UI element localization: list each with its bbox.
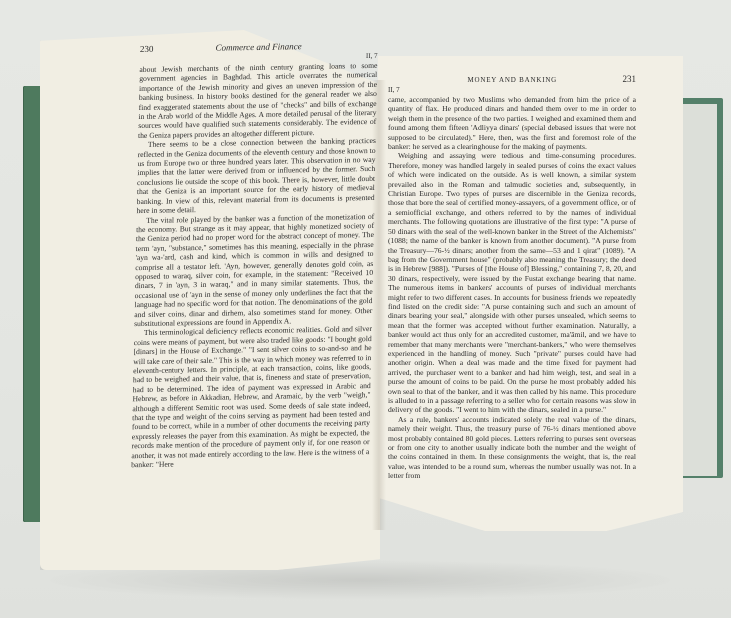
section-mark: II, 7: [388, 86, 636, 94]
left-page: 230 Commerce and Finance II, 7 about Jew…: [131, 40, 378, 470]
running-head-title: Money and Banking: [467, 76, 557, 84]
photo-scene: 230 Commerce and Finance II, 7 about Jew…: [0, 0, 731, 618]
right-running-head: Money and Banking 231: [388, 74, 636, 84]
book-cover-right-inner: [683, 104, 717, 476]
paragraph: This terminological deficiency reflects …: [131, 324, 372, 469]
page-number: 230: [140, 44, 154, 54]
paragraph: about Jewish merchants of the ninth cent…: [138, 61, 378, 140]
paragraph: The vital role played by the banker was …: [134, 211, 374, 328]
book-cover-left-edge: [23, 86, 41, 522]
paragraph: came, accompanied by two Muslims who dem…: [388, 95, 636, 151]
paragraph: Weighing and assaying were tedious and t…: [388, 151, 636, 414]
right-body-text: came, accompanied by two Muslims who dem…: [388, 95, 636, 481]
page-number: 231: [623, 74, 637, 84]
paragraph: There seems to be a close connection bet…: [136, 136, 376, 215]
running-head-title: Commerce and Finance: [215, 41, 301, 53]
left-body-text: about Jewish merchants of the ninth cent…: [131, 61, 377, 470]
right-page: Money and Banking 231 II, 7 came, accomp…: [388, 74, 636, 481]
paragraph: As a rule, bankers' accounts indicated s…: [388, 415, 636, 481]
